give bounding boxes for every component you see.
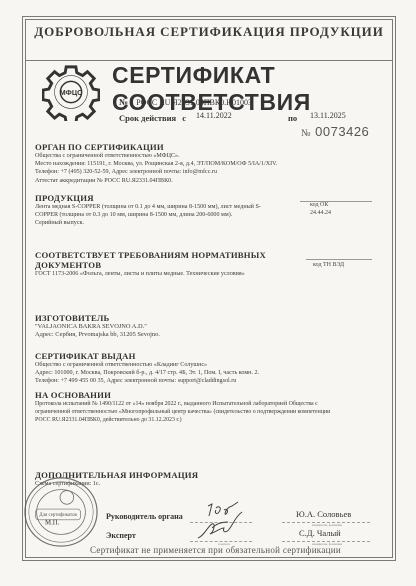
section-basis: НА ОСНОВАНИИ Протокола испытаний № 1490/…	[35, 390, 375, 425]
section-manufacturer: ИЗГОТОВИТЕЛЬ "VALJAONICA BAKRA SEVOJNO A…	[35, 313, 375, 339]
section-title: СЕРТИФИКАТ ВЫДАН	[35, 351, 375, 361]
validity-from-label: с	[182, 113, 186, 123]
section-line: Телефон: +7 (495) 320-52-59, Адрес элект…	[35, 168, 375, 176]
section-line: Адрес: Сербия, Prvomajska bb, 31205 Sevo…	[35, 331, 375, 339]
head-of-body-label: Руководитель органа	[106, 512, 183, 521]
section-title: НА ОСНОВАНИИ	[35, 390, 375, 400]
certificate-number: РОСС RU.Я2331.04ПВК0.Н01003	[136, 98, 252, 107]
section-line: Общества с ограниченной ответственностью…	[35, 152, 375, 160]
logo-text: МФЦС	[60, 88, 84, 97]
validity-label: Срок действия	[119, 113, 176, 123]
section-line: Адрес: 101000, г. Москва, Покровский б-р…	[35, 369, 375, 377]
handwritten-signature-icon	[190, 500, 250, 546]
section-title: ПРОДУКЦИЯ	[35, 193, 300, 203]
form-number-value: 0073426	[315, 124, 369, 139]
head-name-caption: инициалы, фамилия	[312, 523, 342, 527]
header-divider	[25, 60, 393, 61]
section-line: ограниченной ответственностью «Многопроф…	[35, 408, 375, 416]
section-certification-body: ОРГАН ПО СЕРТИФИКАЦИИ Общества с огранич…	[35, 142, 375, 185]
section-title: СООТВЕТСТВУЕТ ТРЕБОВАНИЯМ НОРМАТИВНЫХ ДО…	[35, 250, 305, 270]
validity-to-label: по	[288, 113, 297, 123]
ok-code-label: код ОК	[310, 202, 331, 210]
form-number-sign: №	[301, 128, 311, 139]
voluntary-certification-title: ДОБРОВОЛЬНАЯ СЕРТИФИКАЦИЯ ПРОДУКЦИИ	[25, 24, 393, 40]
footer-note: Сертификат не применяется при обязательн…	[90, 545, 341, 555]
validity-to: 13.11.2025	[310, 111, 346, 120]
certificate-main-title: СЕРТИФИКАТ СООТВЕТСТВИЯ	[112, 62, 416, 116]
validity-row: Срок действия с	[119, 113, 186, 123]
official-seal-stamp-icon: Для сертификатов М.П.	[22, 474, 100, 550]
certificate-number-row: № РОСС RU.Я2331.04ПВК0.Н01003	[119, 97, 252, 107]
section-line: Общество с ограниченной ответственностью…	[35, 361, 375, 369]
stamp-text: Для сертификатов	[39, 513, 77, 518]
section-line: РОСС RU.Я2331.04ПВК0, действительно до 3…	[35, 416, 375, 424]
section-title: ИЗГОТОВИТЕЛЬ	[35, 313, 375, 323]
validity-from: 14.11.2022	[196, 111, 232, 120]
product-code-box: код ОК 24.44.24	[310, 202, 331, 217]
section-line: ГОСТ 1173-2006 «Фольга, ленты, листы и п…	[35, 270, 305, 278]
section-line: "VALJAONICA BAKRA SEVOJNO A.D."	[35, 323, 375, 331]
section-title: ОРГАН ПО СЕРТИФИКАЦИИ	[35, 142, 375, 152]
section-line: Серийный выпуск.	[35, 219, 300, 227]
mfcs-gear-logo-icon: МФЦС	[42, 63, 100, 121]
head-name: Ю.А. Соловьев	[296, 509, 351, 519]
stamp-mp-label: М.П.	[45, 520, 60, 527]
section-line: Аттестат аккредитации № РОСС RU.Я2331.04…	[35, 177, 375, 185]
section-line: Протокола испытаний № 1490/1122 от «14» …	[35, 400, 375, 408]
expert-label: Эксперт	[106, 531, 136, 540]
ok-code-value: 24.44.24	[310, 210, 331, 218]
certificate-number-label: №	[119, 97, 128, 107]
tnved-code-label: код ТН ВЭД	[313, 262, 344, 270]
section-compliance: СООТВЕТСТВУЕТ ТРЕБОВАНИЯМ НОРМАТИВНЫХ ДО…	[35, 250, 305, 278]
section-line: Лента медная S-COPPER (толщина от 0.1 до…	[35, 203, 300, 211]
section-line: Телефон: +7 499 455 00 35, Адрес электро…	[35, 377, 375, 385]
section-issued-to: СЕРТИФИКАТ ВЫДАН Общество с ограниченной…	[35, 351, 375, 386]
section-product: ПРОДУКЦИЯ Лента медная S-COPPER (толщина…	[35, 193, 300, 228]
tnved-code-line	[306, 259, 372, 260]
form-number: № 0073426	[301, 124, 369, 139]
section-line: Место нахождения: 115191, г. Москва, ул.…	[35, 160, 375, 168]
expert-name: С.Д. Чалый	[299, 528, 341, 538]
section-line: COPPER (толщина от 0.3 до 10 мм, ширина …	[35, 211, 300, 219]
